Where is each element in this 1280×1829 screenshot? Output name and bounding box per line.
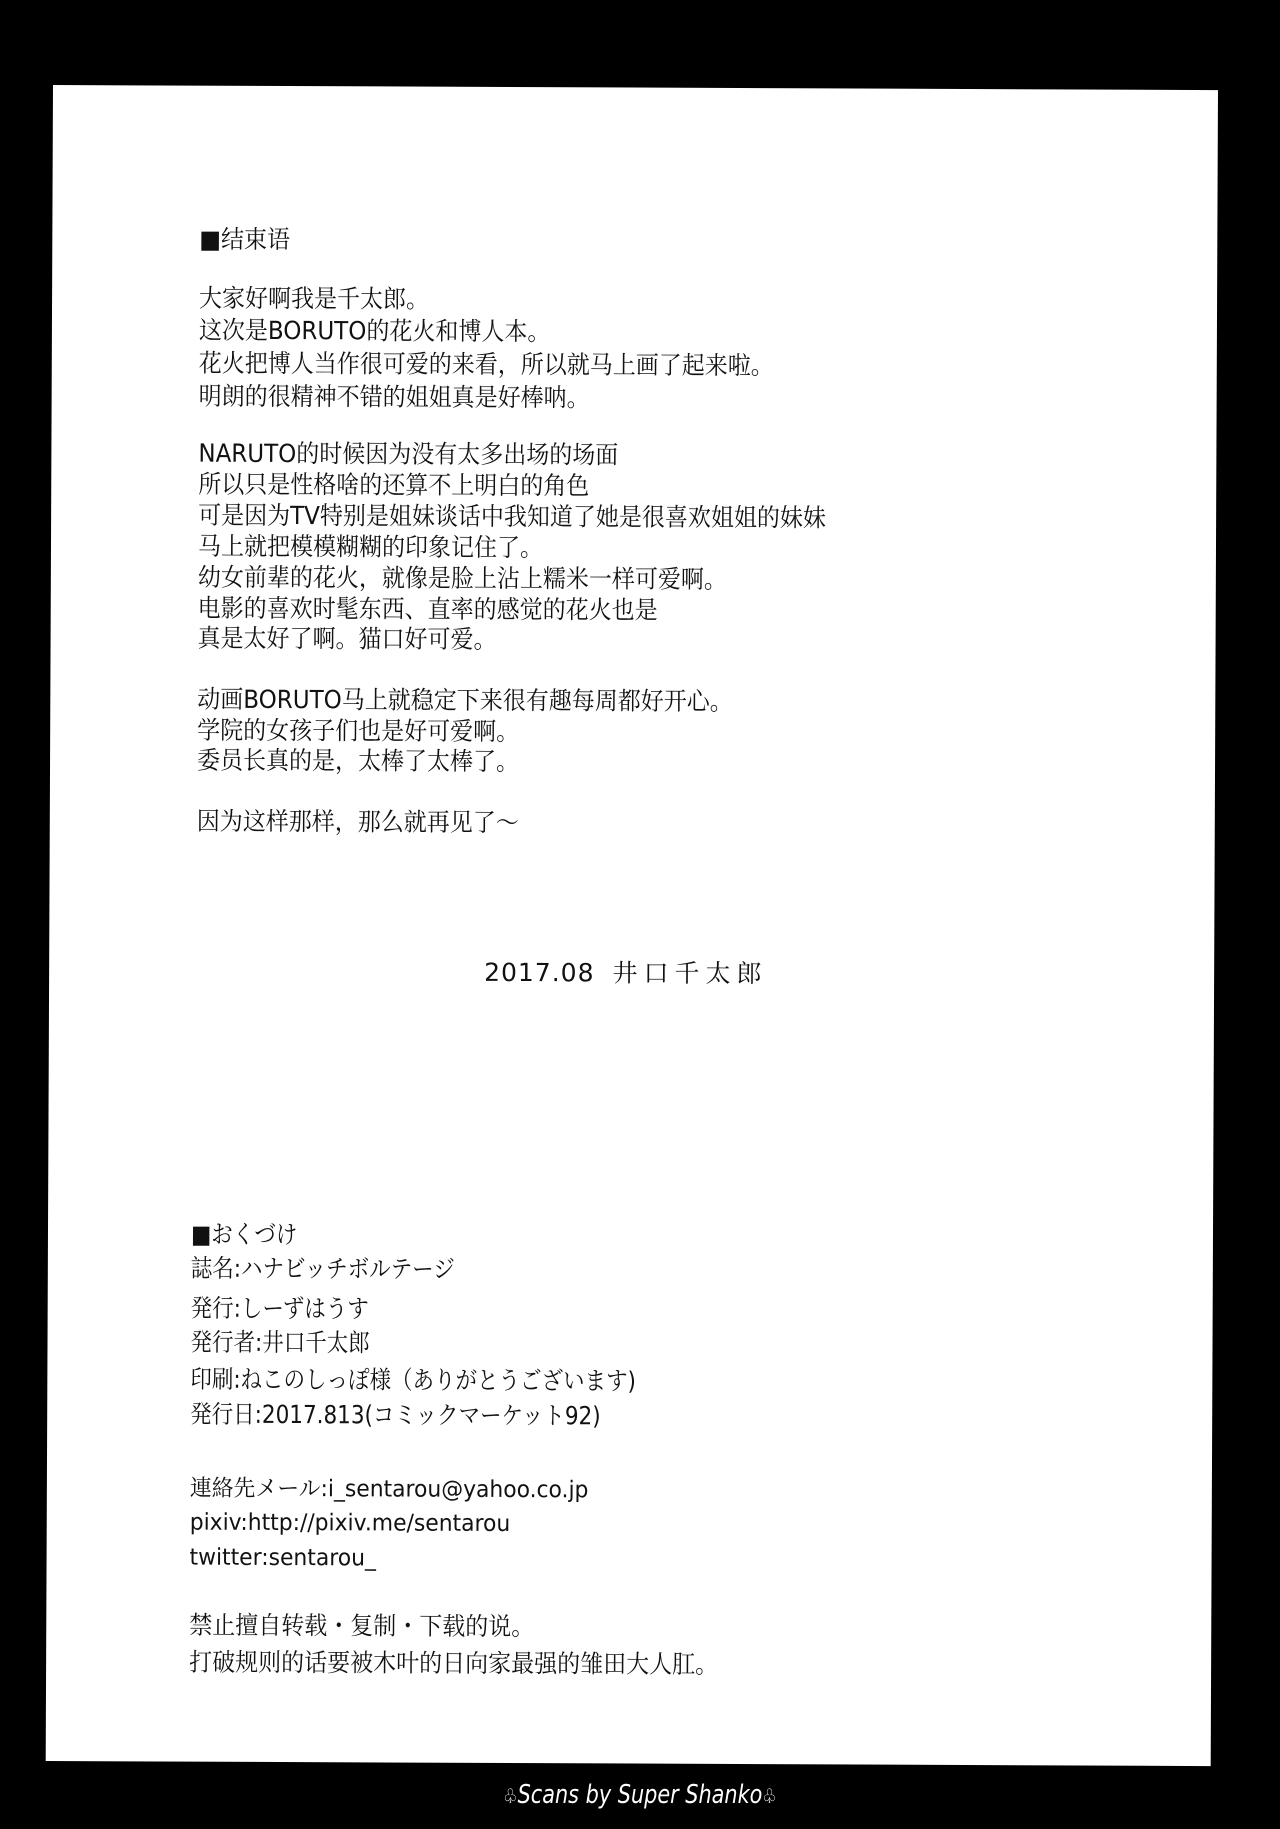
afterword-heading: ■结束语 [199,225,290,255]
colophon-heading: ■おくづけ [191,1220,297,1250]
signature-author: 井口千太郎 [612,958,767,988]
notice-line: 禁止擅自转载・复制・下载的说。 [189,1611,534,1643]
afterword-line: 所以只是性格啥的还算不上明白的角色 [198,470,589,502]
afterword-line: 幼女前辈的花火，就像是脸上沾上糯米一样可爱啊。 [198,563,727,595]
afterword-line: 可是因为TV特别是姐妹谈话中我知道了她是很喜欢姐姐的妹妹 [198,501,826,534]
signature-date: 2017.08 [484,958,595,987]
afterword-line: 明朗的很精神不错的姐姐真是好棒呐。 [199,382,590,414]
afterword-line: NARUTO的时候因为没有太多出场的场面 [198,439,618,471]
scan-credit: ♧Scans by Super Shanko♧ [128,1780,1152,1810]
ornament-icon: ♧ [762,1784,776,1808]
ornament-icon: ♧ [503,1784,517,1808]
afterword-line: 动画BORUTO马上就稳定下来很有趣每周都好开心。 [197,685,733,717]
contact-pixiv: pixiv:http://pixiv.me/sentarou [190,1508,511,1539]
afterword-line: 马上就把模模糊糊的印象记住了。 [198,532,543,564]
afterword-line: 学院的女孩子们也是好可爱啊。 [197,716,519,747]
afterword-line: 因为这样那样，那么就再见了～ [197,807,519,838]
afterword-line: 真是太好了啊。猫口好可爱。 [198,624,497,655]
notice-line: 打破规则的话要被木叶的日向家最强的雏田大人肛。 [189,1648,718,1680]
colophon-line: 誌名:ハナビッチボルテージ [191,1254,455,1285]
colophon-line: 発行:しーずはうす [191,1294,369,1325]
colophon-line: 印刷:ねこのしっぽ様（ありがとうございます) [190,1365,636,1397]
colophon-line: 発行者:井口千太郎 [190,1328,369,1359]
scanned-page: ■结束语 大家好啊我是千太郎。 这次是BORUTO的花火和博人本。 花火把博人当… [46,85,1218,1766]
afterword-line: 电影的喜欢时髦东西、直率的感觉的花火也是 [198,594,658,626]
credit-text: Scans by Super Shanko [518,1780,763,1810]
colophon-line: 発行日:2017.813(コミックマーケット92) [190,1400,601,1432]
afterword-line: 大家好啊我是千太郎。 [199,284,429,315]
afterword-line: 委员长真的是，太棒了太棒了。 [197,746,519,777]
contact-twitter: twitter:sentarou_ [190,1543,376,1574]
afterword-line: 这次是BORUTO的花火和博人本。 [199,316,551,348]
afterword-line: 花火把博人当作很可爱的来看，所以就马上画了起来啦。 [199,349,774,382]
signature: 2017.08井口千太郎 [484,953,768,990]
contact-email: 連絡先メール:i_sentarou@yahoo.co.jp [190,1474,589,1506]
